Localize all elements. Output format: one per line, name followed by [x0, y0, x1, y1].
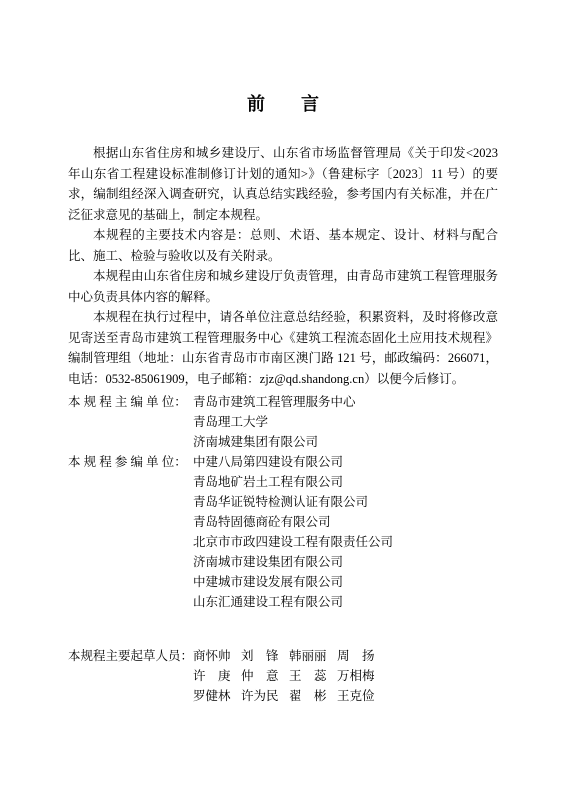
- chief-editor-units: 青岛市建筑工程管理服务中心 青岛理工大学 济南城建集团有限公司: [193, 392, 498, 452]
- page-title: 前 言: [68, 0, 498, 117]
- list-item: 青岛特固德商砼有限公司: [193, 512, 498, 532]
- participating-editors-row: 本 规 程 参 编 单 位： 中建八局第四建设有限公司 青岛地矿岩土工程有限公司…: [68, 452, 498, 612]
- list-item: 中建城市建设发展有限公司: [193, 572, 498, 592]
- drafter-name: 翟 彬: [289, 686, 327, 706]
- chief-editor-label: 本 规 程 主 编 单 位：: [68, 392, 193, 412]
- drafter-name: 仲 意: [241, 666, 279, 686]
- participating-editor-units: 中建八局第四建设有限公司 青岛地矿岩土工程有限公司 青岛华证锐特检测认证有限公司…: [193, 452, 498, 612]
- page-content: 前 言 根据山东省住房和城乡建设厅、山东省市场监督管理局《关于印发<2023 年…: [68, 0, 498, 706]
- list-item: 北京市市政四建设工程有限责任公司: [193, 532, 498, 552]
- chief-editor-row: 本 规 程 主 编 单 位： 青岛市建筑工程管理服务中心 青岛理工大学 济南城建…: [68, 392, 498, 452]
- drafter-name: 许 庚: [193, 666, 231, 686]
- drafters-row: 罗健林 许为民 翟 彬 王克俭: [193, 686, 498, 706]
- drafter-name: 罗健林: [193, 686, 231, 706]
- participating-editors-label: 本 规 程 参 编 单 位：: [68, 452, 193, 472]
- drafter-name: 韩丽丽: [289, 646, 327, 666]
- list-item: 青岛地矿岩土工程有限公司: [193, 472, 498, 492]
- document-page: 前 言 根据山东省住房和城乡建设厅、山东省市场监督管理局《关于印发<2023 年…: [0, 0, 565, 800]
- drafter-name: 刘 锋: [241, 646, 279, 666]
- drafters-names-grid: 商怀帅 刘 锋 韩丽丽 周 扬 许 庚 仲 意 王 蕊 万相梅 罗健林 许为民 …: [193, 646, 498, 706]
- drafter-name: 周 扬: [337, 646, 375, 666]
- list-item: 中建八局第四建设有限公司: [193, 452, 498, 472]
- drafters-row: 许 庚 仲 意 王 蕊 万相梅: [193, 666, 498, 686]
- drafter-name: 商怀帅: [193, 646, 231, 666]
- drafters-label: 本规程主要起草人员：: [68, 646, 193, 666]
- list-item: 青岛华证锐特检测认证有限公司: [193, 492, 498, 512]
- drafters-section: 本规程主要起草人员： 商怀帅 刘 锋 韩丽丽 周 扬 许 庚 仲 意 王 蕊 万…: [68, 646, 498, 706]
- drafter-name: 王克俭: [337, 686, 375, 706]
- list-item: 山东汇通建设工程有限公司: [193, 592, 498, 612]
- list-item: 青岛市建筑工程管理服务中心: [193, 392, 498, 412]
- preface-paragraph-3: 本规程由山东省住房和城乡建设厅负责管理，由青岛市建筑工程管理服务中心负责具体内容…: [68, 266, 498, 307]
- preface-paragraph-4: 本规程在执行过程中，请各单位注意总结经验，积累资料，及时将修改意见寄送至青岛市建…: [68, 307, 498, 389]
- list-item: 济南城建集团有限公司: [193, 432, 498, 452]
- editing-units-section: 本 规 程 主 编 单 位： 青岛市建筑工程管理服务中心 青岛理工大学 济南城建…: [68, 392, 498, 612]
- drafter-name: 许为民: [241, 686, 279, 706]
- list-item: 济南城市建设集团有限公司: [193, 552, 498, 572]
- drafter-name: 万相梅: [337, 666, 375, 686]
- preface-paragraph-1: 根据山东省住房和城乡建设厅、山东省市场监督管理局《关于印发<2023 年山东省工…: [68, 143, 498, 225]
- drafter-name: 王 蕊: [289, 666, 327, 686]
- list-item: 青岛理工大学: [193, 412, 498, 432]
- preface-paragraph-2: 本规程的主要技术内容是：总则、术语、基本规定、设计、材料与配合比、施工、检验与验…: [68, 225, 498, 266]
- drafters-row: 商怀帅 刘 锋 韩丽丽 周 扬: [193, 646, 498, 666]
